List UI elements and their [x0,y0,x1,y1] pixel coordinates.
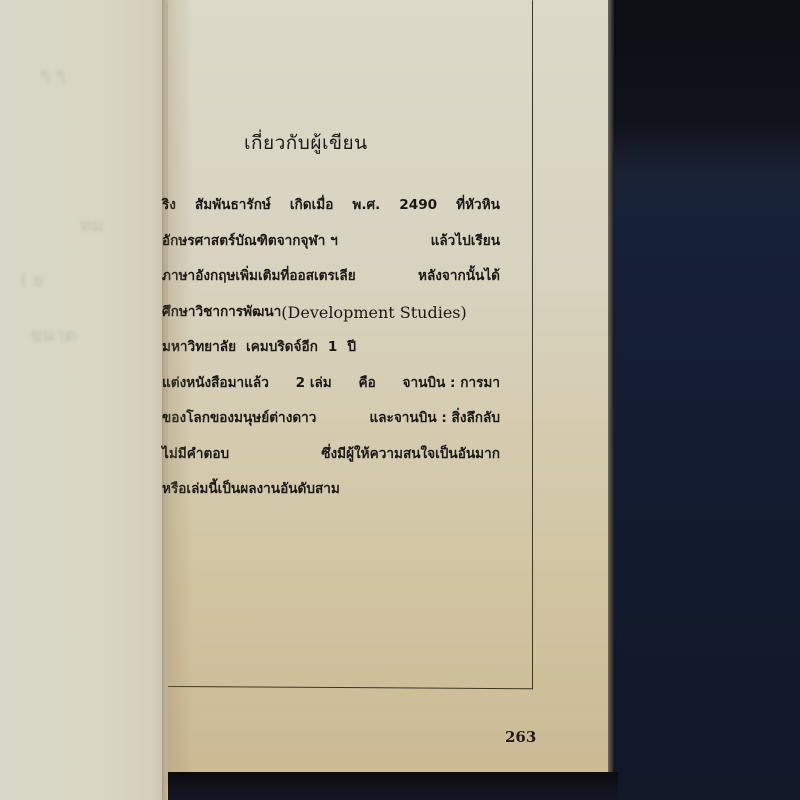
text-fragment: แล้วไปเรียน [431,224,500,260]
text-fragment: มหาวิทยาลัย [162,330,236,366]
bleed-through-text: ขนาด [30,320,76,349]
text-fragment: สัมพันธารักษ์ [195,188,271,224]
english-text-fragment: (Development Studies) [281,295,466,331]
text-line-5: มหาวิทยาลัย เคมบริดจ์อีก 1 ปี [162,330,500,366]
text-fragment: 2490 [399,188,437,224]
text-fragment: แต่งหนังสือมาแล้ว [162,366,269,402]
text-fragment: ซึ่งมีผู้ให้ความสนใจเป็นอันมาก [321,437,500,473]
text-fragment: ที่หัวหิน [456,188,500,224]
bottom-shadow [168,772,618,800]
page-number: 263 [505,728,536,746]
author-bio-text: ริง สัมพันธารักษ์ เกิดเมื่อ พ.ศ. 2490 ที… [162,188,512,508]
text-line-2: อักษรศาสตร์บัณฑิตจากจุฬา ฯ แล้วไปเรียน [162,224,500,260]
text-fragment: 1 [328,330,337,366]
text-line-3: ภาษาอังกฤษเพิ่มเติมที่ออสเตรเลีย หลังจาก… [162,259,500,295]
text-line-9: หรือเล่มนี้เป็นผลงานอันดับสาม [162,472,500,508]
left-page: ๆ ๆ ทม ( ย ขนาด [0,0,166,800]
text-fragment: และจานบิน : สิ่งลึกลับ [369,401,500,437]
bleed-through-text: ๆ ๆ [40,60,65,89]
text-fragment: อักษรศาสตร์บัณฑิตจากจุฬา ฯ [162,224,338,260]
text-line-1: ริง สัมพันธารักษ์ เกิดเมื่อ พ.ศ. 2490 ที… [162,188,500,224]
page-edge [608,0,614,780]
text-fragment: ปี [347,330,356,366]
text-fragment: 2 เล่ม [296,366,332,402]
text-line-7: ของโลกของมนุษย์ต่างดาว และจานบิน : สิ่งล… [162,401,500,437]
text-line-4: ศึกษาวิชาการพัฒนา (Development Studies) [162,295,500,331]
text-line-8: ไม่มีคำตอบ ซึ่งมีผู้ให้ความสนใจเป็นอันมา… [162,437,500,473]
text-fragment: หรือเล่มนี้เป็นผลงานอันดับสาม [162,472,340,508]
bleed-through-text: ทม [80,210,104,239]
text-fragment: ริง [162,188,176,224]
bleed-through-text: ( ย [20,265,43,294]
text-fragment: ไม่มีคำตอบ [162,437,229,473]
text-fragment: ภาษาอังกฤษเพิ่มเติมที่ออสเตรเลีย [162,259,356,295]
text-fragment: หลังจากนั้นได้ [418,259,500,295]
right-page: เกี่ยวกับผู้เขียน ริง สัมพันธารักษ์ เกิด… [168,0,610,782]
text-fragment: ศึกษาวิชาการพัฒนา [162,295,281,331]
text-fragment: เคมบริดจ์อีก [246,330,318,366]
text-fragment: ของโลกของมนุษย์ต่างดาว [162,401,316,437]
photo-scene: ๆ ๆ ทม ( ย ขนาด เกี่ยวกับผู้เขียน ริง สั… [0,0,800,800]
text-fragment: คือ [359,366,376,402]
section-heading: เกี่ยวกับผู้เขียน [244,128,368,158]
text-fragment: เกิดเมื่อ [290,188,333,224]
text-fragment: พ.ศ. [352,188,380,224]
text-fragment: จานบิน : การมา [403,366,500,402]
text-line-6: แต่งหนังสือมาแล้ว 2 เล่ม คือ จานบิน : กา… [162,366,500,402]
